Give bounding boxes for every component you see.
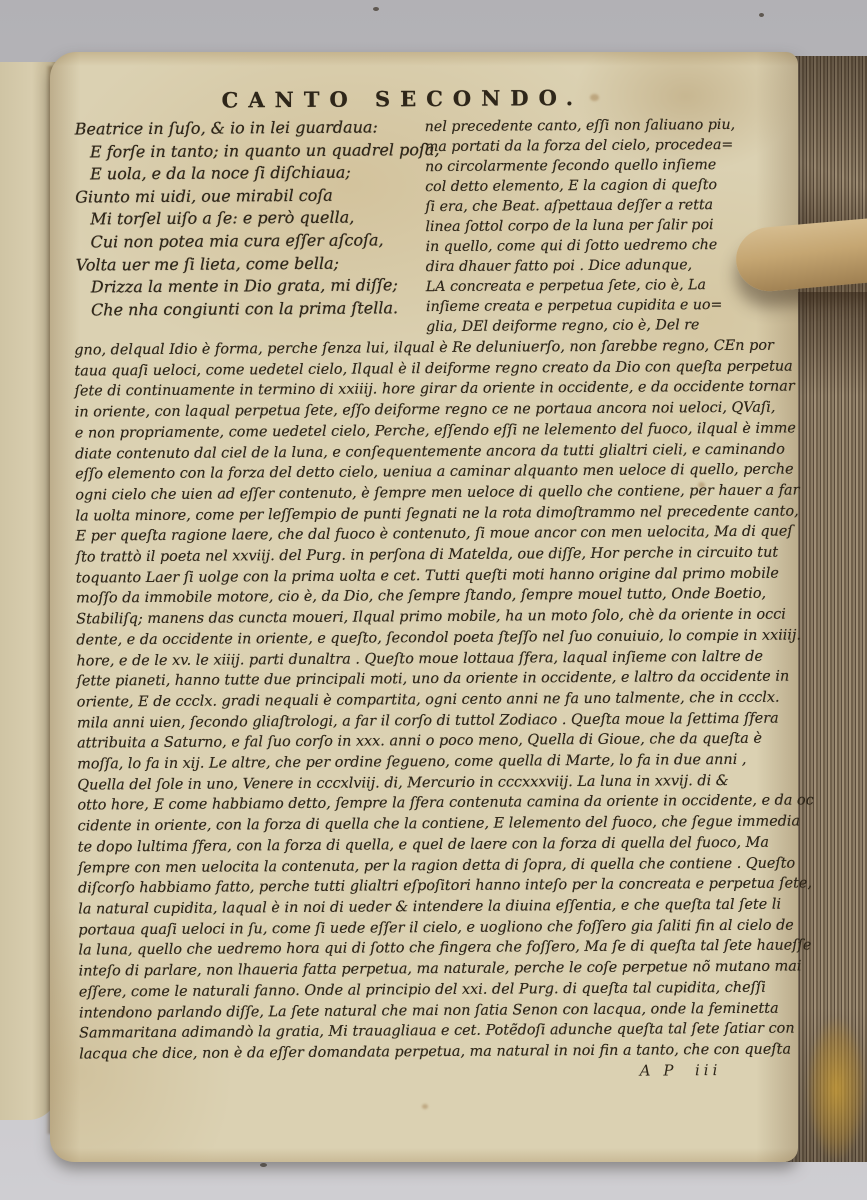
- dust-speck: [373, 7, 379, 11]
- verse-line: Beatrice in ſuſo, & io in lei guardaua:: [75, 116, 427, 141]
- commentary-line: dira dhauer fatto poi . Dice adunque,: [426, 255, 766, 277]
- commentary-line: linea ſottol corpo de la luna per ſalir …: [425, 215, 765, 237]
- verse-line: Volta uer me ſi lieta, come bella;: [76, 252, 428, 277]
- commentary-line: ſi era, che Beat. aſpettaua deſſer a ret…: [425, 195, 765, 217]
- foxing-spot: [422, 1104, 428, 1109]
- commentary-column: nel precedente canto, eſſi non ſaliuano …: [425, 115, 767, 337]
- commentary-line: inſieme creata e perpetua cupidita e uo=: [426, 295, 766, 317]
- verse-line: Drizza la mente in Dio grata, mi diſſe;: [76, 274, 428, 299]
- verse-line: Mi torſel uiſo a ſe: e però quella,: [75, 206, 427, 231]
- commentary-line: LA concreata e perpetua ſete, cio è, La: [426, 275, 766, 297]
- signature-mark: A P iii: [640, 1061, 722, 1080]
- commentary-block-fullwidth: gno, delqual Idio è forma, perche ſenza …: [74, 335, 807, 1065]
- book-page: CANTO SECONDO. Beatrice in ſuſo, & io in…: [50, 52, 798, 1162]
- dust-speck: [759, 13, 764, 17]
- canto-heading: CANTO SECONDO.: [221, 85, 583, 113]
- verse-line: Giunto mi uidi, oue mirabil coſa: [75, 184, 427, 209]
- printed-text-block: CANTO SECONDO. Beatrice in ſuſo, & io in…: [66, 83, 809, 1098]
- verse-column: Beatrice in ſuſo, & io in lei guardaua: …: [75, 116, 428, 322]
- verse-line: Cui non potea mia cura eſſer aſcoſa,: [75, 229, 427, 254]
- commentary-line: nel precedente canto, eſſi non ſaliuano …: [425, 115, 765, 137]
- gilt-edge-patch: [806, 1016, 867, 1162]
- verse-line: E uola, e da la noce ſi diſchiaua;: [75, 161, 427, 186]
- commentary-line: glia, DEl deiforme regno, cio è, Del re: [426, 315, 766, 337]
- commentary-line: ma portati da la forza del cielo, proced…: [425, 135, 765, 157]
- commentary-line: in quello, come qui di ſotto uedremo che: [426, 235, 766, 257]
- dust-speck: [260, 1163, 267, 1167]
- commentary-line: no circolarmente ſecondo quello inſieme: [425, 155, 765, 177]
- verse-line: E forſe in tanto; in quanto un quadrel p…: [75, 139, 427, 164]
- photo-of-open-book: CANTO SECONDO. Beatrice in ſuſo, & io in…: [0, 0, 867, 1200]
- commentary-line: col detto elemento, E la cagion di queſt…: [425, 175, 765, 197]
- verse-line: Che nha congiunti con la prima ſtella.: [76, 297, 428, 322]
